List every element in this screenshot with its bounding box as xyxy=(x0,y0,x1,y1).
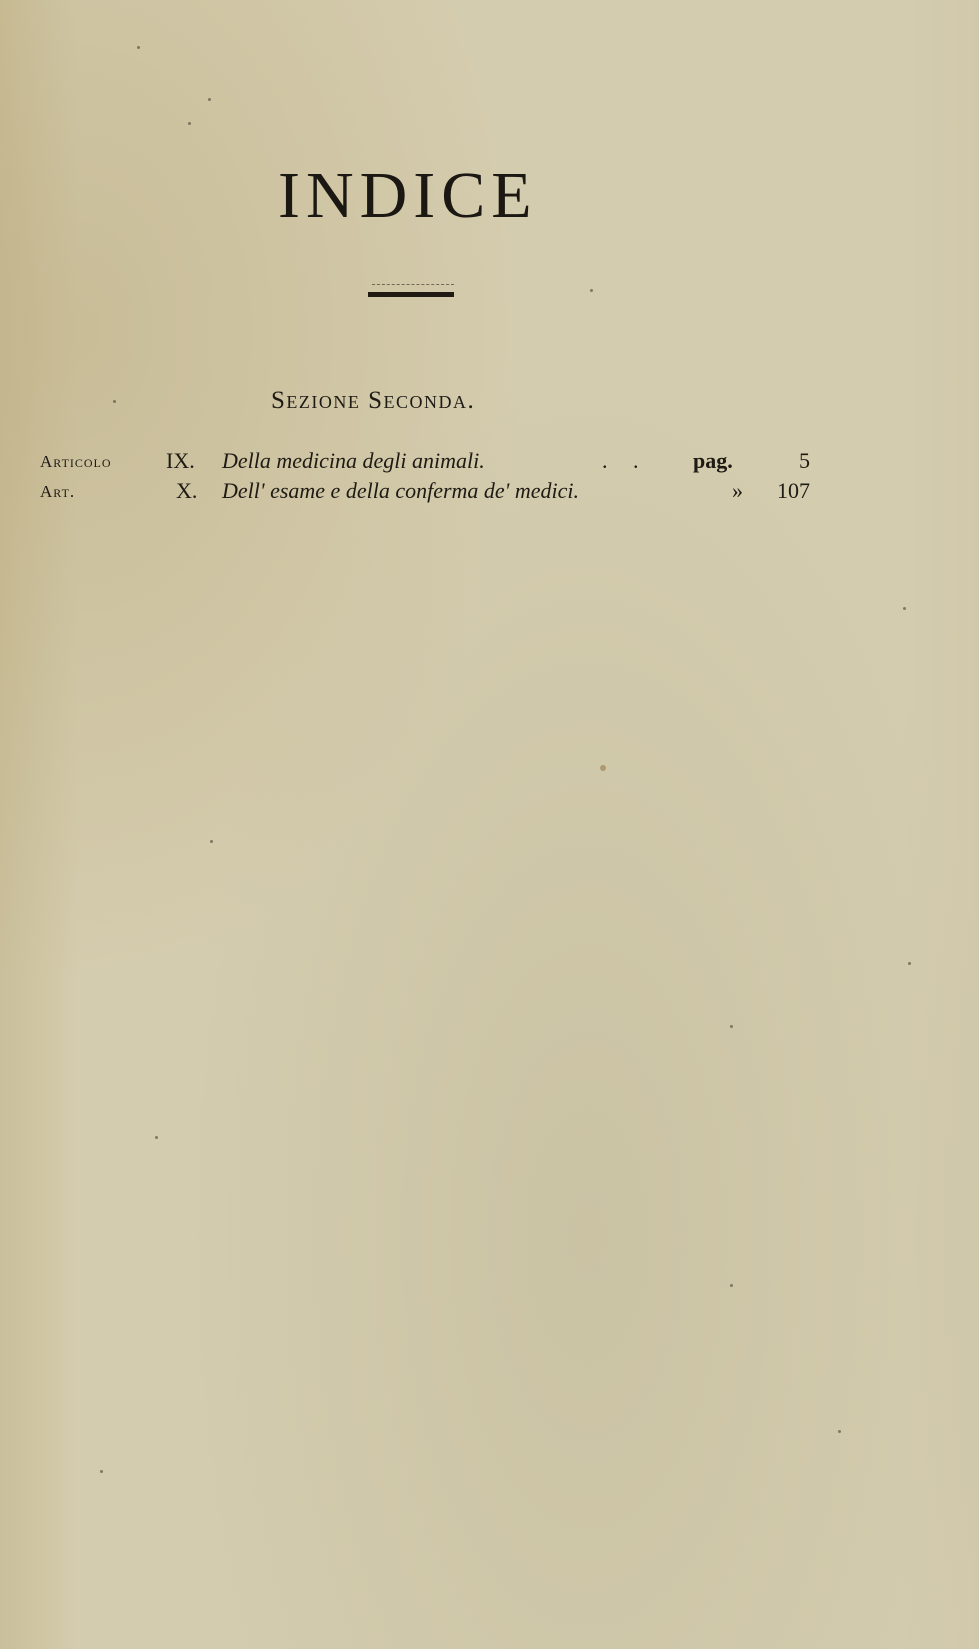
decorative-rule-thin xyxy=(372,284,454,285)
entry-label: Articolo xyxy=(40,452,112,472)
paper-speck xyxy=(210,840,213,843)
toc-entry: Articolo IX. Della medicina degli animal… xyxy=(40,448,810,476)
section-heading: Sezione Seconda. xyxy=(271,387,475,415)
paper-speck xyxy=(113,400,116,403)
entry-number: X. xyxy=(176,478,197,504)
paper-speck xyxy=(100,1470,103,1473)
paper-speck xyxy=(903,607,906,610)
paper-speck xyxy=(208,98,211,101)
paper-speck xyxy=(137,46,140,49)
book-page: INDICE Sezione Seconda. Articolo IX. Del… xyxy=(0,0,979,1649)
paper-speck xyxy=(838,1430,841,1433)
page-title: INDICE xyxy=(278,163,538,229)
entry-leader: . . xyxy=(602,448,649,474)
paper-speck xyxy=(730,1284,733,1287)
decorative-rule xyxy=(368,292,454,297)
toc-entry: Art. X. Dell' esame e della conferma de'… xyxy=(40,478,810,506)
entry-title: Della medicina degli animali. xyxy=(222,448,485,474)
entry-label: Art. xyxy=(40,482,75,502)
entry-page-number: 107 xyxy=(777,478,810,504)
paper-speck xyxy=(590,289,593,292)
paper-speck xyxy=(188,122,191,125)
paper-speck xyxy=(730,1025,733,1028)
entry-leader: » xyxy=(732,478,743,504)
entry-title: Dell' esame e della conferma de' medici. xyxy=(222,478,579,504)
entry-number: IX. xyxy=(166,448,195,474)
paper-speck xyxy=(600,765,606,771)
paper-speck xyxy=(155,1136,158,1139)
paper-speck xyxy=(908,962,911,965)
entry-page-number: 5 xyxy=(799,448,810,474)
page-prefix: pag. xyxy=(693,448,733,474)
